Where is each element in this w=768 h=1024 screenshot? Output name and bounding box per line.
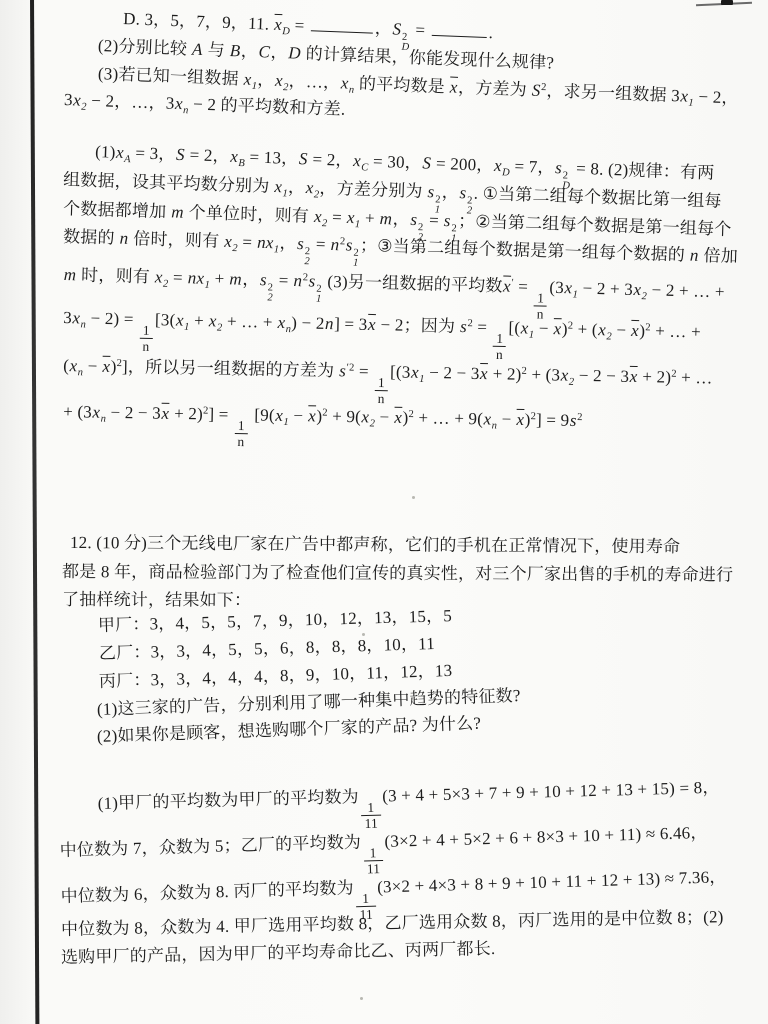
math-variable: x	[483, 409, 492, 428]
text-run: 组数据，设其平均数分别为	[63, 170, 274, 196]
text-run: − 2 − 3	[574, 366, 629, 386]
text-run: 3	[63, 308, 72, 327]
text-run: ；③当第二组每个数据是第一组每个数据的	[360, 236, 690, 265]
text-run: + 9(	[328, 407, 362, 427]
text-run: (3)另一组数据的平均数	[323, 272, 503, 296]
text-run: ] =	[208, 405, 233, 424]
math-supsub: 22	[267, 283, 273, 303]
math-supsub: 21	[316, 285, 322, 305]
math-variable: s	[410, 210, 418, 229]
answer-blank	[432, 20, 488, 38]
text-run: + … +	[651, 321, 702, 341]
text-run: 数据的	[63, 227, 120, 248]
scan-speck	[360, 997, 363, 1000]
text-run: + (	[573, 320, 598, 340]
text-run: = 7，	[510, 156, 555, 177]
fraction-numerator: 1	[364, 800, 377, 815]
text-run: (3 + 4 + 5×3 + 7 + 9 + 10 + 12 + 13 + 15…	[382, 778, 720, 806]
math-overline-variable: x	[161, 404, 170, 423]
math-variable: s	[296, 234, 304, 253]
text-run: − 2) =	[86, 309, 138, 329]
text-run: − 2 − 3	[106, 403, 161, 423]
fraction-numerator: 1	[235, 418, 248, 433]
text-run: ，	[442, 183, 460, 203]
text-run: (2)分别比较	[98, 36, 192, 59]
text-run: ，求另一组数据 3	[546, 81, 680, 105]
text-run: + 2)	[170, 404, 204, 424]
math-variable: m	[170, 202, 184, 221]
scan-speck	[412, 496, 415, 499]
text-run: +	[360, 208, 379, 228]
text-run: [9(	[250, 405, 275, 424]
text-run: ，	[375, 19, 393, 39]
text-run: 的平均数是	[354, 74, 450, 97]
math-supsub: 22	[304, 247, 310, 267]
math-variable: m	[63, 265, 77, 284]
math-subscript: 2	[267, 293, 273, 303]
math-variable: S	[392, 19, 402, 38]
math-overline-variable: x	[394, 408, 403, 427]
math-variable: n	[324, 314, 334, 333]
text-run: + …	[676, 368, 712, 388]
math-variable: x	[361, 407, 370, 426]
book-spine-line	[30, 0, 39, 1024]
text-run: [3(	[155, 310, 176, 329]
fraction-denominator: n	[139, 338, 152, 354]
fraction-denominator: n	[234, 433, 247, 449]
text-run: 个数据都增加	[63, 199, 171, 221]
math-superscript: 2	[577, 412, 583, 423]
text-run: −	[289, 406, 308, 425]
math-subscript: 1	[316, 295, 322, 305]
text-run: .	[488, 23, 493, 42]
math-variable: x	[92, 403, 101, 422]
text-run: − 2 − 3	[425, 363, 480, 383]
text-run: ]，所以另一组数据的方差为	[122, 357, 339, 380]
math-subscript: 1	[353, 259, 359, 269]
math-variable: D	[287, 43, 301, 63]
text-run: − 2；因为	[376, 315, 460, 336]
fraction-numerator: 1	[534, 290, 547, 305]
fraction-numerator: 1	[493, 331, 506, 346]
math-variable: s	[308, 271, 316, 290]
text-run: − 2，…，3	[87, 91, 175, 113]
text-run: =	[354, 362, 373, 381]
text-run: =	[514, 277, 533, 296]
math-variable: s	[259, 270, 267, 289]
text-run: 中位数为 6，众数为 8. 丙厂的平均数为	[60, 878, 354, 906]
text-run: (1)甲厂的平均数为甲厂的平均数为	[97, 787, 359, 813]
text-run: = 13，	[245, 147, 299, 168]
text-run: −	[497, 410, 516, 429]
math-overline-variable: x	[629, 367, 638, 386]
text-run: − 2，	[694, 87, 739, 108]
fraction-numerator: 1	[140, 323, 153, 338]
math-variable: s	[345, 235, 353, 254]
text-run: =	[411, 20, 430, 40]
math-fraction: 111	[361, 800, 381, 832]
math-variable: x	[560, 366, 569, 385]
math-variable: s	[459, 183, 467, 202]
fraction-numerator: 1	[359, 891, 372, 906]
text-run: =	[168, 268, 187, 287]
math-fraction: 1n	[493, 331, 507, 363]
math-variable: s	[443, 211, 451, 230]
text-run: = 2，	[185, 145, 230, 166]
text-run: ] = 3	[334, 314, 368, 334]
math-variable: C	[258, 42, 271, 61]
text-run: 12. (10 分)三个无线电厂家在广告中都声称，它们的手机在正常情况下，使用寿…	[70, 533, 680, 556]
math-variable: s	[554, 158, 562, 177]
text-run: 都是 8 年，商品检验部门为了检查他们宣传的真实性，对三个厂家出售的手机的寿命进…	[62, 562, 733, 585]
text-run: − 2 + … +	[647, 280, 725, 301]
answer-blank	[311, 15, 374, 33]
math-fraction: 1n	[234, 418, 247, 449]
text-run: . ①当第二组每个数据比第一组每	[474, 184, 722, 211]
text-run: =	[473, 317, 492, 336]
fraction-numerator: 1	[375, 375, 388, 390]
text-run: 选购甲厂的产品，因为甲厂的平均寿命比乙、丙两厂都长.	[61, 939, 496, 967]
math-variable: B	[229, 41, 241, 60]
math-fraction: 1n	[375, 375, 389, 406]
text-run: + (3	[63, 402, 92, 421]
text-run: ，	[288, 177, 306, 197]
text-run: + … + 9(	[414, 408, 483, 428]
text-run: =	[327, 207, 346, 227]
text-run: 的计算结果，你能发现什么规律?	[301, 44, 555, 73]
text-run: =	[424, 210, 443, 230]
text-run: 倍加	[699, 246, 738, 266]
text-run: =	[238, 232, 257, 252]
scanned-page: D. 3，5，7，9，11. xD = ，S2D = .(2)分别比较 A 与 …	[0, 0, 768, 1024]
text-run: −	[83, 356, 102, 375]
text-run: − 2 的平均数和方差.	[188, 94, 345, 118]
math-variable: m	[229, 269, 243, 288]
line-p12-stmt1: 12. (10 分)三个无线电厂家在广告中都声称，它们的手机在正常情况下，使用寿…	[70, 529, 680, 561]
text-run: ，	[241, 41, 259, 61]
text-run: ，方差为	[458, 78, 532, 100]
math-fraction: 1n	[139, 323, 153, 355]
text-run: ；②当第二组每个数据是第一组每个	[458, 211, 732, 239]
text-run: = 3，	[131, 143, 176, 164]
text-run: ，…，	[288, 71, 340, 92]
text-run: + 2)	[638, 367, 672, 387]
text-run: 时，则有	[77, 265, 155, 286]
text-run: ，	[279, 233, 297, 253]
math-fraction: 111	[363, 845, 383, 877]
text-run: 3	[64, 90, 73, 109]
math-subscript: 2	[304, 257, 310, 267]
text-run: (3×2 + 4×3 + 8 + 9 + 10 + 11 + 12 + 13) …	[377, 867, 727, 896]
page-corner-mark	[721, 0, 733, 5]
text-run: =	[290, 15, 309, 35]
math-variable: nx	[187, 268, 205, 287]
text-run: −	[612, 320, 631, 339]
text-run: = 2，	[308, 149, 353, 170]
text-run: D. 3，5，7，9，11.	[123, 9, 274, 34]
text-run: = 200，	[431, 154, 494, 175]
text-run: 与	[203, 40, 230, 60]
text-run: + … +	[222, 312, 277, 332]
text-run: (3)若已知一组数据	[98, 64, 244, 89]
text-run: 倍时，则有	[129, 229, 224, 251]
math-variable: n	[119, 229, 129, 248]
math-supsub: 21	[353, 249, 359, 269]
text-run: ，	[257, 70, 275, 90]
math-variable: n	[293, 271, 303, 290]
text-run: 中位数为 7，众数为 5；乙厂的平均数为	[59, 833, 361, 860]
math-variable: s	[569, 411, 577, 430]
text-run: ，	[242, 270, 260, 289]
text-run: ] = 9	[536, 410, 570, 430]
text-run: 个单位时，则有	[184, 203, 314, 226]
text-run: [(	[508, 318, 520, 337]
math-variable: nx	[256, 233, 274, 253]
text-run: ，	[270, 43, 288, 63]
text-run: + (3	[527, 365, 561, 385]
math-overline-variable: x	[102, 357, 111, 376]
math-overline-variable: x	[516, 410, 525, 429]
math-variable: n	[330, 235, 340, 254]
text-run: + 2)	[488, 364, 522, 384]
line-ans11-8: + (3xn − 2 − 3x + 2)2] = 1n [9(x1 − x)2 …	[63, 398, 583, 455]
text-run: ) − 2	[291, 313, 325, 333]
text-run: 了抽样统计，结果如下：	[62, 590, 251, 610]
text-run: (3×2 + 4 + 5×2 + 6 + 8×3 + 10 + 11) ≈ 6.…	[384, 823, 708, 851]
scan-speck	[362, 633, 365, 636]
text-run: [(3	[390, 362, 411, 381]
text-run: =	[274, 271, 293, 290]
text-run: = 8. (2)规律：有两	[571, 159, 714, 183]
fraction-numerator: 1	[366, 845, 379, 860]
text-run: (1)	[95, 142, 116, 162]
text-run: −	[375, 407, 394, 426]
math-variable: x	[69, 356, 78, 375]
text-run: ，方差分别为	[319, 179, 427, 202]
text-run: =	[311, 234, 330, 254]
math-variable: m	[379, 209, 393, 228]
line-p12-stmt2: 都是 8 年，商品检验部门为了检查他们宣传的真实性，对三个厂家出售的手机的寿命进…	[62, 558, 733, 590]
math-variable: s	[427, 182, 435, 201]
text-run: − 2 + 3	[578, 278, 633, 298]
text-run: = 30，	[368, 152, 422, 173]
math-overline-variable: x	[553, 319, 562, 338]
text-run: ，	[392, 209, 410, 229]
text-run: +	[189, 311, 208, 330]
text-run: (3	[549, 278, 564, 297]
text-run: −	[534, 319, 553, 338]
text-run: +	[210, 269, 229, 288]
